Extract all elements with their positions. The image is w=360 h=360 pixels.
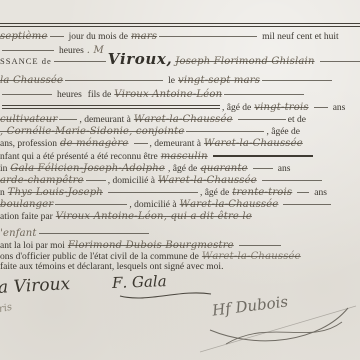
handwritten-month: mars [131,31,157,42]
handwritten-birth-date: vingt-sept mars [178,75,260,86]
line-birth-date: la Chausséelevingt-sept mars [0,73,360,87]
blank-rule [238,119,286,120]
line-closing: faite aux témoins et déclarant, lesquels… [0,259,360,273]
printed-text: ans, profession [0,139,57,149]
printed-text: heures [57,90,82,100]
printed-text: faite aux témoins et déclarant, lesquels… [0,262,223,272]
blank-double-rule [2,105,220,109]
birth-record-scan: septièmejour du mois demarsmil neuf cent… [0,0,360,360]
blank-rule [134,143,148,144]
line-father-name: heuresfils deViroux Antoine-Léon [0,87,360,101]
blank-rule [297,192,309,193]
blank-rule [262,180,322,181]
blank-rule [314,107,328,108]
blank-rule [65,80,163,81]
blank-rule [224,94,304,95]
printed-year: mil neuf cent et huit [262,32,339,42]
blank-rule [54,61,106,62]
handwritten-place-fragment: la Chaussée [0,75,63,86]
blank-rule [39,233,149,234]
printed-text: le [168,76,175,86]
signature-officer: Hf Dubois [211,292,289,319]
handwritten-place: Waret-la-Chaussée [204,138,303,149]
top-double-rule [0,23,360,27]
printed-text: , demeurant à [150,139,201,149]
blank-rule [86,180,106,181]
line-child-name: SSANCE deViroux,Joseph Florimond Ghislai… [0,53,360,68]
handwritten-given-names: Joseph Florimond Ghislain [175,56,314,67]
blank-rule [320,61,360,62]
blank-rule [2,94,52,95]
handwritten-declarant: Viroux Antoine-Léon, qui a dit être le [56,211,252,222]
blank-rule [186,131,264,132]
line-declarant: ation faite parViroux Antoine-Léon, qui … [0,209,360,223]
blank-rule [159,36,257,37]
handwritten-father-name: Viroux Antoine-Léon [114,89,222,100]
blank-rule [253,168,273,169]
line-mother-residence: ans, professionde ménagère, demeurant àW… [0,136,360,150]
blank-rule [262,80,332,81]
signature-declarant: a Viroux [0,274,71,298]
handwritten-day: septième [0,31,48,42]
signature-witness-gala: F. Gala [112,272,167,292]
blank-rule [55,204,127,205]
blank-rule [59,119,77,120]
printed-label-naissance: SSANCE de [0,56,52,66]
handwritten-profession: de ménagère [60,138,129,149]
blank-rule [108,192,198,193]
blank-rule [50,36,64,37]
blank-rule [2,50,54,51]
handwritten-surname: Viroux, [108,53,173,68]
printed-text: jour du mois de [69,32,128,42]
blank-rule [239,245,281,246]
printed-text: ation faite par [0,212,53,222]
blank-rule [283,204,331,205]
blank-heavy-rule [213,155,313,157]
line-date: septièmejour du mois demarsmil neuf cent… [0,29,360,43]
printed-text: fils de [88,90,111,100]
signature-witness-fragment: ris [0,302,13,315]
